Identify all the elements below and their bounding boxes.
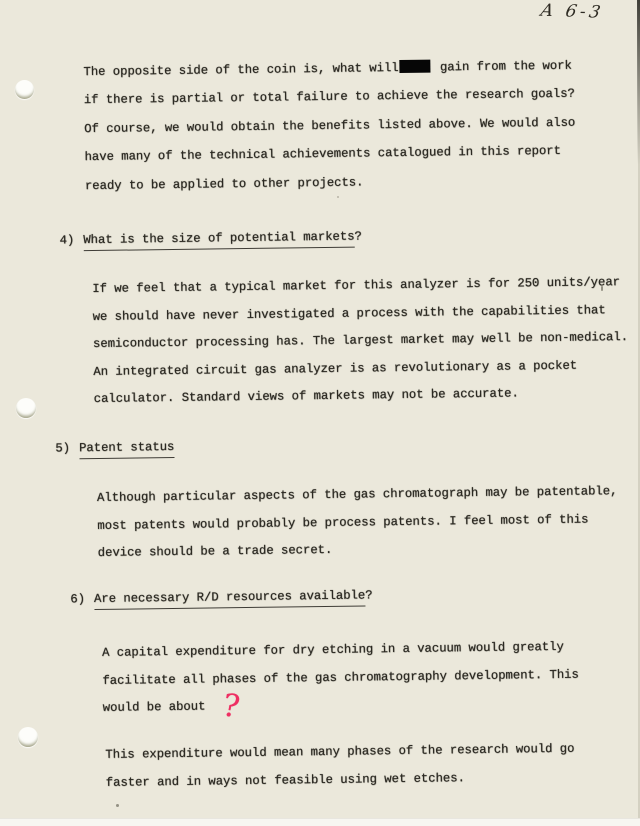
intro-line1-before-redaction: The opposite side of the coin is, what w… bbox=[83, 61, 398, 79]
text-line: ready to be applied to other projects. bbox=[85, 165, 576, 200]
text-line: faster and in ways not feasible using we… bbox=[106, 763, 575, 797]
section-5-number: 5) bbox=[55, 441, 70, 455]
section-5-title: Patent status bbox=[79, 440, 174, 455]
section-5-paragraph: Although particular aspects of the gas c… bbox=[97, 478, 618, 568]
intro-line1-after-redaction: gain from the work bbox=[432, 59, 571, 75]
section-6-heading: 6)Are necessary R/D resources available? bbox=[70, 588, 372, 606]
section-4-paragraph: If we feel that a typical market for thi… bbox=[92, 269, 629, 414]
section-6-paragraph: A capital expenditure for dry etching in… bbox=[102, 634, 579, 723]
typed-content: The opposite side of the coin is, what w… bbox=[0, 0, 640, 826]
scan-speck bbox=[337, 196, 339, 198]
text-line: would be about bbox=[103, 689, 580, 723]
scanned-document-page: A 6-3 The opposite side of the coin is, … bbox=[0, 0, 640, 826]
section-6-closing-paragraph: This expenditure would mean many phases … bbox=[105, 736, 575, 797]
section-6-number: 6) bbox=[70, 592, 85, 606]
text-line: calculator. Standard views of markets ma… bbox=[94, 379, 629, 414]
scan-speck bbox=[601, 286, 603, 291]
intro-paragraph: The opposite side of the coin is, what w… bbox=[83, 52, 576, 200]
text-line: device should be a trade secret. bbox=[98, 533, 619, 567]
section-4-number: 4) bbox=[60, 233, 75, 247]
section-4-heading: 4)What is the size of potential markets? bbox=[60, 229, 362, 247]
section-4-title: What is the size of potential markets? bbox=[83, 229, 362, 247]
scan-speck bbox=[116, 804, 119, 807]
redaction-box bbox=[399, 60, 430, 73]
section-5-heading: 5)Patent status bbox=[55, 440, 174, 456]
scanner-bottom-strip bbox=[0, 818, 640, 826]
section-6-title: Are necessary R/D resources available? bbox=[94, 588, 373, 606]
